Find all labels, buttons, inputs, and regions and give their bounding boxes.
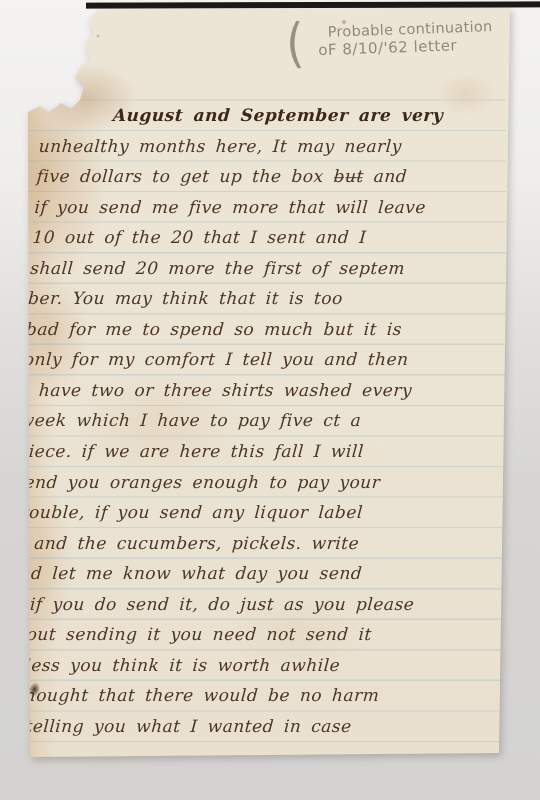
letter-line: bad for me to spend so much but it is — [25, 315, 481, 346]
letter-line: I thought that there would be no harm — [0, 681, 455, 712]
letter-line: unhealthy months here, It may nearly — [38, 132, 494, 163]
letter-body: August and September are very unhealthy … — [0, 101, 496, 742]
letter-line: week which I have to pay five ct a — [19, 406, 475, 437]
letter-line: trouble, if you send any liquor label — [12, 498, 468, 529]
letter-line: piece. if we are here this fall I will — [16, 437, 472, 468]
letter-line: if you send me five more that will leave — [33, 193, 489, 224]
letter-line: only for my comfort I tell you and then — [23, 345, 479, 376]
letter-line: send you oranges enough to pay your — [14, 468, 470, 499]
letter-paper-wrap: ( Probable continuation oF 8/10/'62 lett… — [0, 0, 540, 800]
letter-line: shall send 20 more the first of septem — [29, 254, 485, 285]
letter-line: it if you do send it, do just as you ple… — [6, 590, 462, 621]
letter-line: ber. You may think that it is too — [27, 284, 483, 315]
letter-line: and let me know what day you send — [8, 559, 464, 590]
letter-line: in telling you what I wanted in case — [0, 712, 453, 743]
letter-paper: ( Probable continuation oF 8/10/'62 lett… — [28, 6, 510, 757]
letter-line: 10 out of the 20 that I sent and I — [31, 223, 487, 254]
letter-line: about sending it you need not send it — [4, 620, 460, 651]
annotation-close-paren: ) — [513, 8, 533, 61]
letter-line: unless you think it is worth awhile — [1, 651, 457, 682]
annotation-text: Probable continuation oF 8/10/'62 letter — [303, 18, 514, 59]
letter-line: August and September are very — [40, 101, 496, 132]
pencil-annotation: ( Probable continuation oF 8/10/'62 lett… — [285, 12, 532, 67]
letter-line: it and the cucumbers, pickels. write — [10, 529, 466, 560]
letter-line: five dollars to get up the box b̶u̶t̶ an… — [36, 162, 492, 193]
letter-line: I have two or three shirts washed every — [21, 376, 477, 407]
annotation-open-paren: ( — [285, 16, 305, 69]
